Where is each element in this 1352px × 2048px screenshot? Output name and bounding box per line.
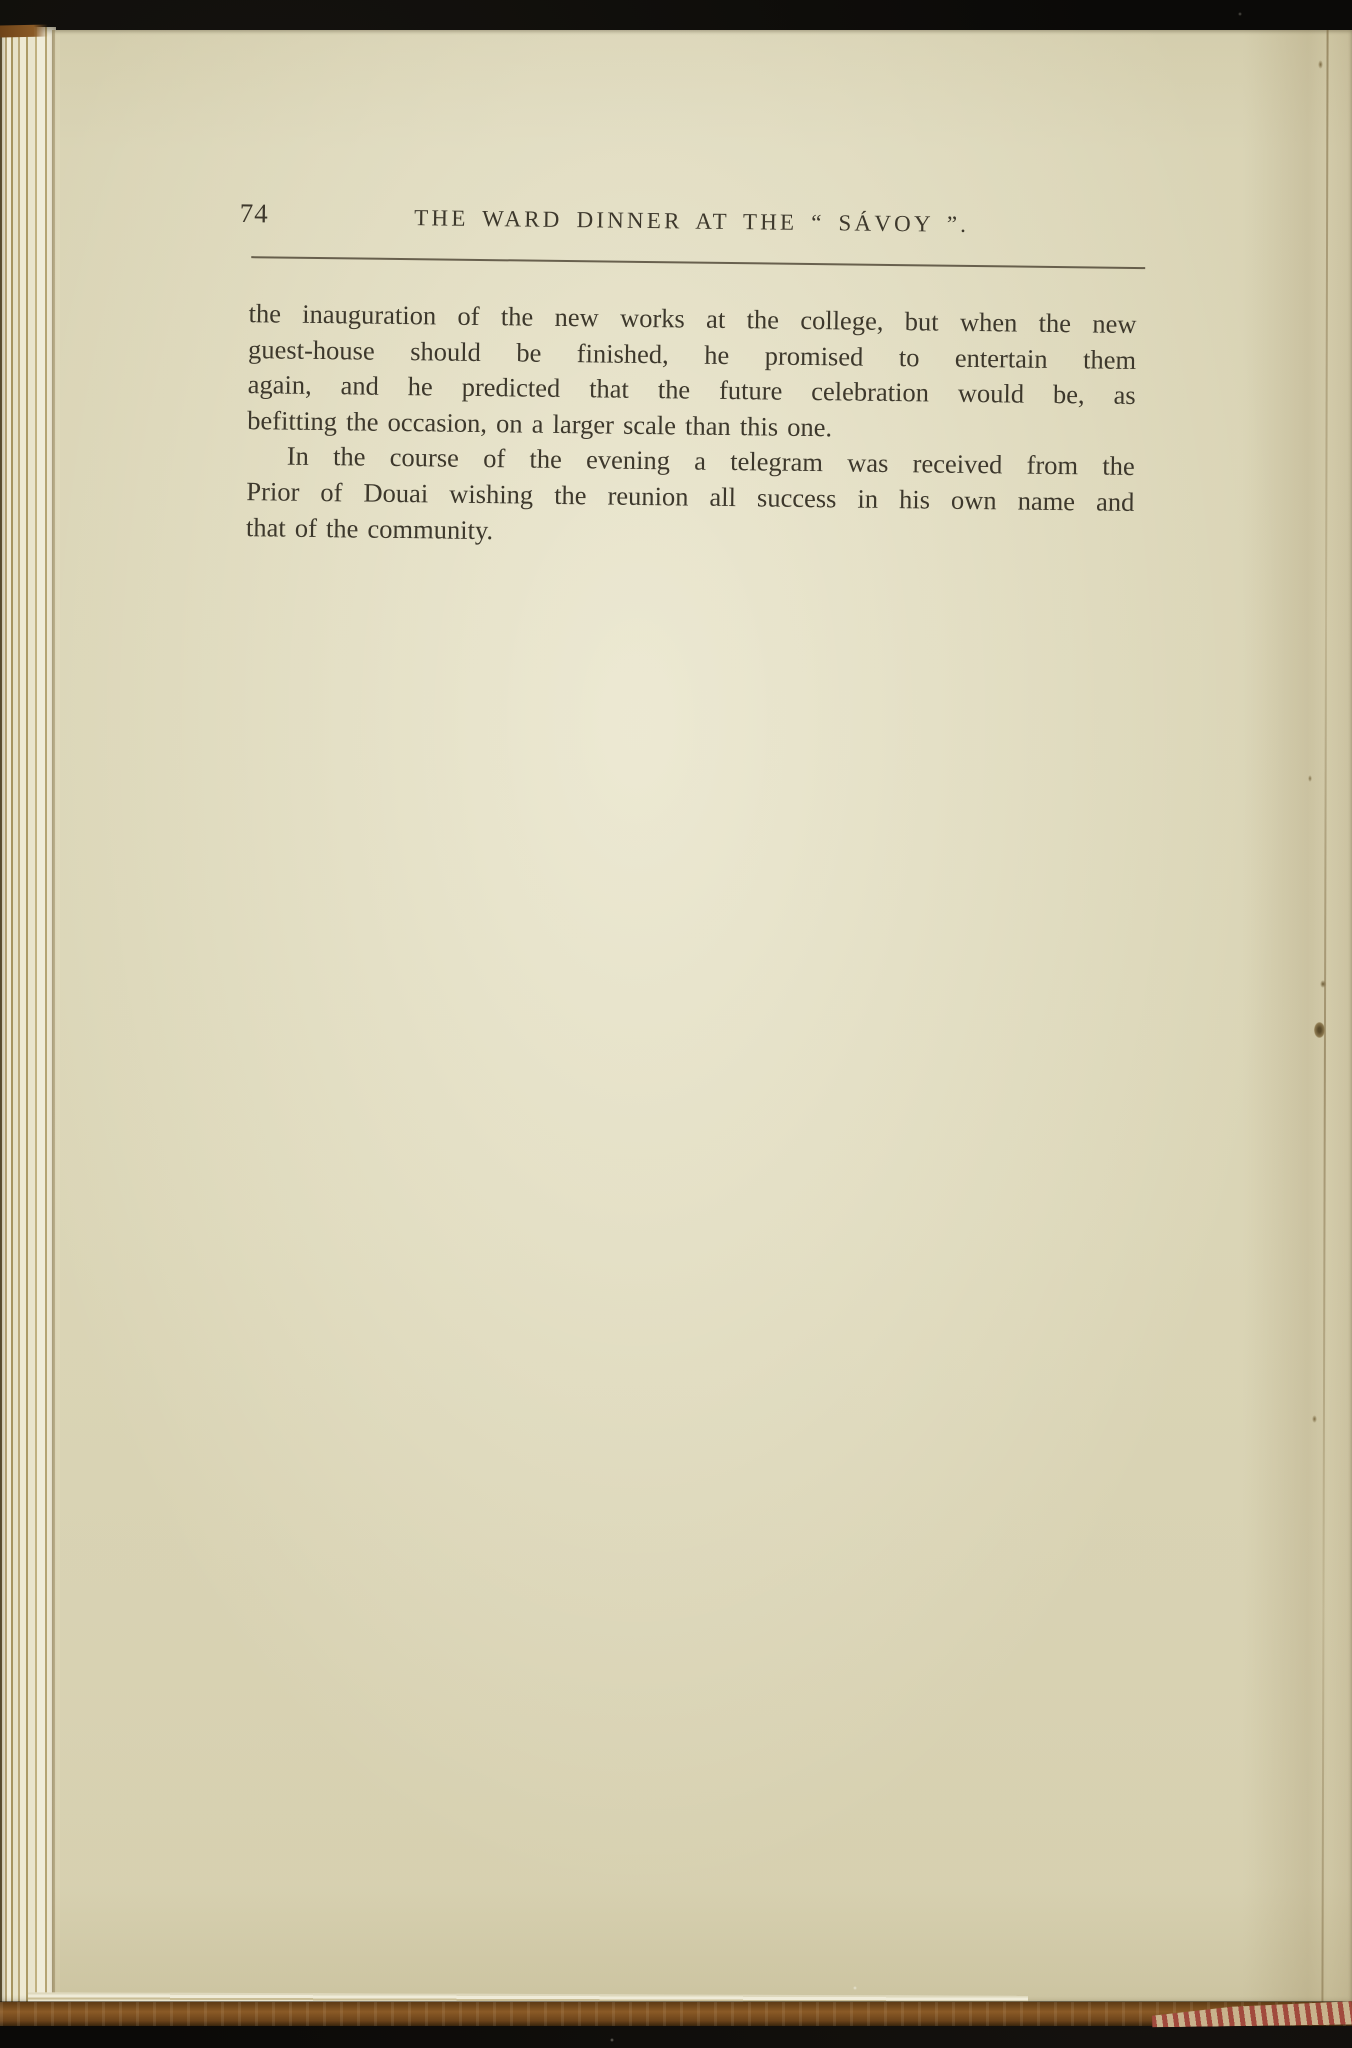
running-header: THE WARD DINNER AT THE “ SÁVOY ”. bbox=[238, 203, 1146, 240]
page-blemish bbox=[1308, 775, 1312, 782]
printed-content: 74 THE WARD DINNER AT THE “ SÁVOY ”. the… bbox=[231, 196, 1146, 807]
book-scan-photo: 74 THE WARD DINNER AT THE “ SÁVOY ”. the… bbox=[0, 0, 1352, 2048]
cover-corner-top-left bbox=[0, 24, 48, 37]
gutter-shadow bbox=[1242, 30, 1352, 2004]
page-blemish bbox=[1318, 60, 1323, 69]
page-blemish bbox=[1312, 1415, 1317, 1423]
page-blemish bbox=[1314, 1022, 1325, 1038]
book-page: 74 THE WARD DINNER AT THE “ SÁVOY ”. the… bbox=[52, 30, 1352, 2004]
page-blemish bbox=[1320, 980, 1326, 988]
body-text: the inauguration of the new works at the… bbox=[246, 296, 1137, 556]
cover-edge-bottom bbox=[0, 2002, 1352, 2026]
left-page-edges bbox=[0, 27, 56, 2005]
header-rule bbox=[251, 256, 1145, 269]
